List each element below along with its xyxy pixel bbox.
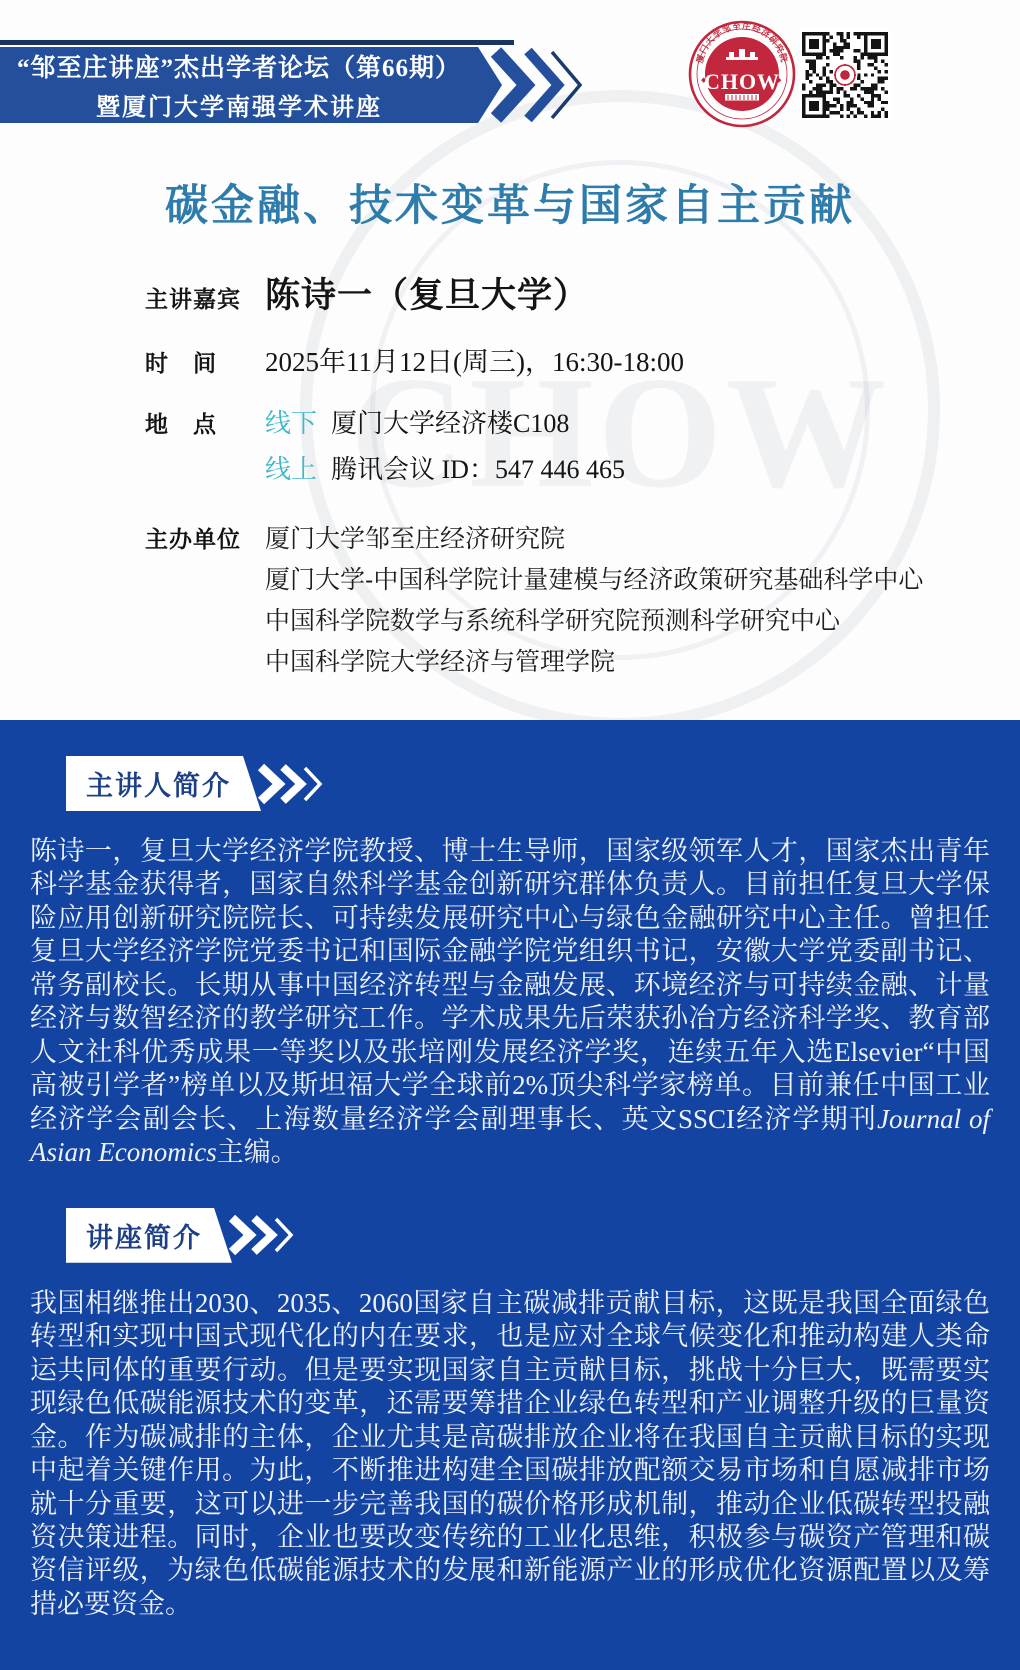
online-meeting-id: 腾讯会议 ID：547 446 465 <box>331 449 625 486</box>
venue-label: 地 点 <box>145 406 245 439</box>
time-value: 2025年11月12日(周三)，16:30-18:00 <box>265 340 684 379</box>
hosts-row: 主办单位 厦门大学邹至庄经济研究院 厦门大学-中国科学院计量建模与经济政策研究基… <box>145 519 925 683</box>
speaker-row: 主讲嘉宾 陈诗一（复旦大学） <box>145 268 925 318</box>
banner-line1: “邹至庄讲座”杰出学者论坛（第66期） <box>10 48 468 84</box>
speaker-bio-text: 陈诗一，复旦大学经济学院教授、博士生导师，国家级领军人才，国家杰出青年科学基金获… <box>30 835 990 1170</box>
chow-institute-logo: 厦门大学邹至庄经济研究院 ◆ ◆ CHOW <box>688 20 796 128</box>
hosts-list: 厦门大学邹至庄经济研究院 厦门大学-中国科学院计量建模与经济政策研究基础科学中心… <box>265 519 923 683</box>
speaker-bio-badge-label: 主讲人简介 <box>66 756 261 811</box>
seal-chow-text: CHOW <box>704 69 780 94</box>
venue-values: 线下 厦门大学经济楼C108 线上 腾讯会议 ID：547 446 465 <box>265 403 625 495</box>
info-block: 主讲嘉宾 陈诗一（复旦大学） 时 间 2025年11月12日(周三)，16:30… <box>145 268 925 683</box>
badge-chevrons-icon <box>226 1214 296 1256</box>
offline-tag: 线下 <box>265 403 317 440</box>
bio-text-part1: 陈诗一，复旦大学经济学院教授、博士生导师，国家级领军人才，国家杰出青年科学基金获… <box>30 836 990 1134</box>
lecture-intro-badge-label: 讲座简介 <box>66 1208 232 1263</box>
lecture-poster: CHOW “邹至庄讲座”杰出学者论坛（第66期） 暨厦门大学南强学术讲座 厦门大… <box>0 0 1020 1670</box>
time-row: 时 间 2025年11月12日(周三)，16:30-18:00 <box>145 340 925 379</box>
offline-venue-line: 线下 厦门大学经济楼C108 <box>265 403 625 440</box>
bio-text-part2: 主编。 <box>217 1137 298 1167</box>
speaker-label: 主讲嘉宾 <box>145 281 245 314</box>
host-item: 厦门大学邹至庄经济研究院 <box>265 519 923 560</box>
banner-chevrons-icon <box>488 47 584 123</box>
banner-line2: 暨厦门大学南强学术讲座 <box>10 87 468 122</box>
lecture-title: 碳金融、技术变革与国家自主贡献 <box>0 172 1020 233</box>
venue-row: 地 点 线下 厦门大学经济楼C108 线上 腾讯会议 ID：547 446 46… <box>145 403 925 495</box>
seal-small-band-icon <box>725 94 759 101</box>
host-item: 中国科学院数学与系统科学研究院预测科学研究中心 <box>265 601 923 642</box>
qr-code <box>799 29 891 121</box>
lecture-intro-text: 我国相继推出2030、2035、2060国家自主碳减排贡献目标，这既是我国全面绿… <box>30 1287 990 1622</box>
online-tag: 线上 <box>265 449 317 486</box>
detail-section: 主讲人简介 陈诗一，复旦大学经济学院教授、博士生导师，国家级领军人才，国家杰出青… <box>0 720 1020 1670</box>
lecture-intro-badge: 讲座简介 <box>66 1208 1020 1263</box>
host-item: 中国科学院大学经济与管理学院 <box>265 642 923 683</box>
host-item: 厦门大学-中国科学院计量建模与经济政策研究基础科学中心 <box>265 560 923 601</box>
hosts-label: 主办单位 <box>145 519 245 560</box>
offline-venue-value: 厦门大学经济楼C108 <box>331 403 569 440</box>
online-venue-line: 线上 腾讯会议 ID：547 446 465 <box>265 449 625 486</box>
series-banner: “邹至庄讲座”杰出学者论坛（第66期） 暨厦门大学南强学术讲座 <box>0 47 502 123</box>
speaker-name: 陈诗一（复旦大学） <box>265 268 589 318</box>
badge-chevrons-icon <box>255 763 325 805</box>
time-label: 时 间 <box>145 345 245 378</box>
speaker-bio-badge: 主讲人简介 <box>66 720 1020 811</box>
banner-top-edge <box>0 40 514 45</box>
